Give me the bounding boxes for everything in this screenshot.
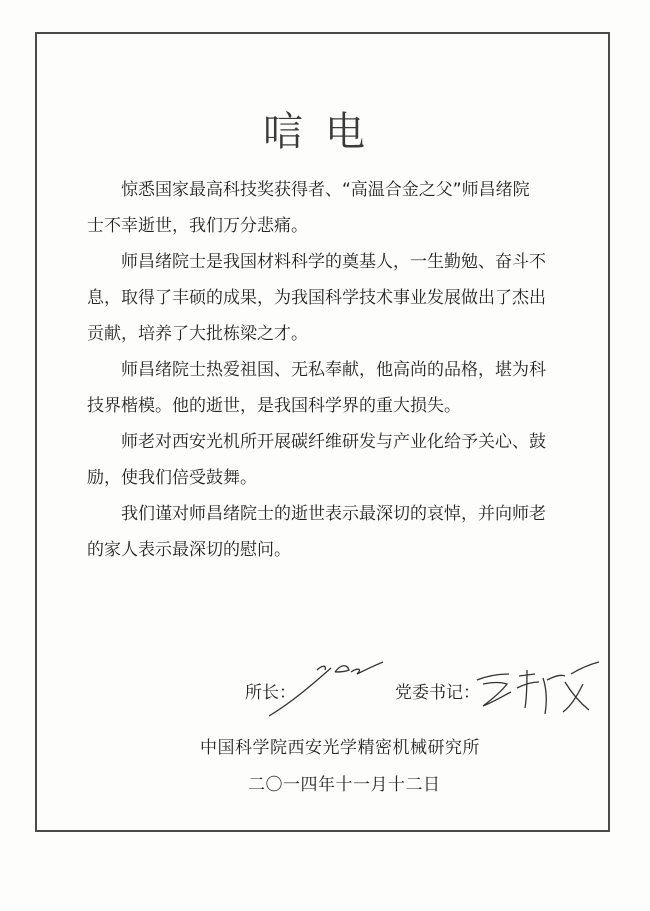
paragraph-line: 息，取得了丰硕的成果，为我国科学技术事业发展做出了杰出 [87,280,587,316]
paragraph-line: 士不幸逝世，我们万分悲痛。 [87,208,587,244]
paragraph-5: 我们谨对师昌绪院士的逝世表示最深切的哀悼，并向师老 的家人表示最深切的慰问。 [87,496,587,568]
signature-block: 所长： 党委书记： [245,668,605,718]
paragraph-4: 师老对西安光机所开展碳纤维研发与产业化给予关心、鼓 励，使我们倍受鼓舞。 [87,424,587,496]
institute-name: 中国科学院西安光学精密机械研究所 [200,733,480,758]
secretary-signature-icon [473,662,603,724]
paragraph-line: 励，使我们倍受鼓舞。 [87,460,587,496]
paragraph-2: 师昌绪院士是我国材料科学的奠基人，一生勤勉、奋斗不 息，取得了丰硕的成果，为我国… [87,244,587,352]
paragraph-line: 师老对西安光机所开展碳纤维研发与产业化给予关心、鼓 [87,424,587,460]
document-body: 惊悉国家最高科技奖获得者、“高温合金之父”师昌绪院 士不幸逝世，我们万分悲痛。 … [87,172,587,568]
paragraph-line: 师昌绪院士热爱祖国、无私奉献，他高尚的品格，堪为科 [87,352,587,388]
director-signature-icon [265,660,395,720]
paragraph-line: 惊悉国家最高科技奖获得者、“高温合金之父”师昌绪院 [87,172,587,208]
document-page: 唁电 惊悉国家最高科技奖获得者、“高温合金之父”师昌绪院 士不幸逝世，我们万分悲… [0,0,650,911]
paragraph-line: 的家人表示最深切的慰问。 [87,532,587,568]
paragraph-line: 我们谨对师昌绪院士的逝世表示最深切的哀悼，并向师老 [87,496,587,532]
paragraph-3: 师昌绪院士热爱祖国、无私奉献，他高尚的品格，堪为科 技界楷模。他的逝世，是我国科… [87,352,587,424]
paragraph-line: 师昌绪院士是我国材料科学的奠基人，一生勤勉、奋斗不 [87,244,587,280]
document-date: 二〇一四年十一月十二日 [248,770,441,795]
secretary-label: 党委书记： [395,678,480,703]
paragraph-line: 技界楷模。他的逝世，是我国科学界的重大损失。 [87,388,587,424]
document-title: 唁电 [0,100,650,157]
paragraph-line: 贡献，培养了大批栋梁之才。 [87,316,587,352]
paragraph-1: 惊悉国家最高科技奖获得者、“高温合金之父”师昌绪院 士不幸逝世，我们万分悲痛。 [87,172,587,244]
